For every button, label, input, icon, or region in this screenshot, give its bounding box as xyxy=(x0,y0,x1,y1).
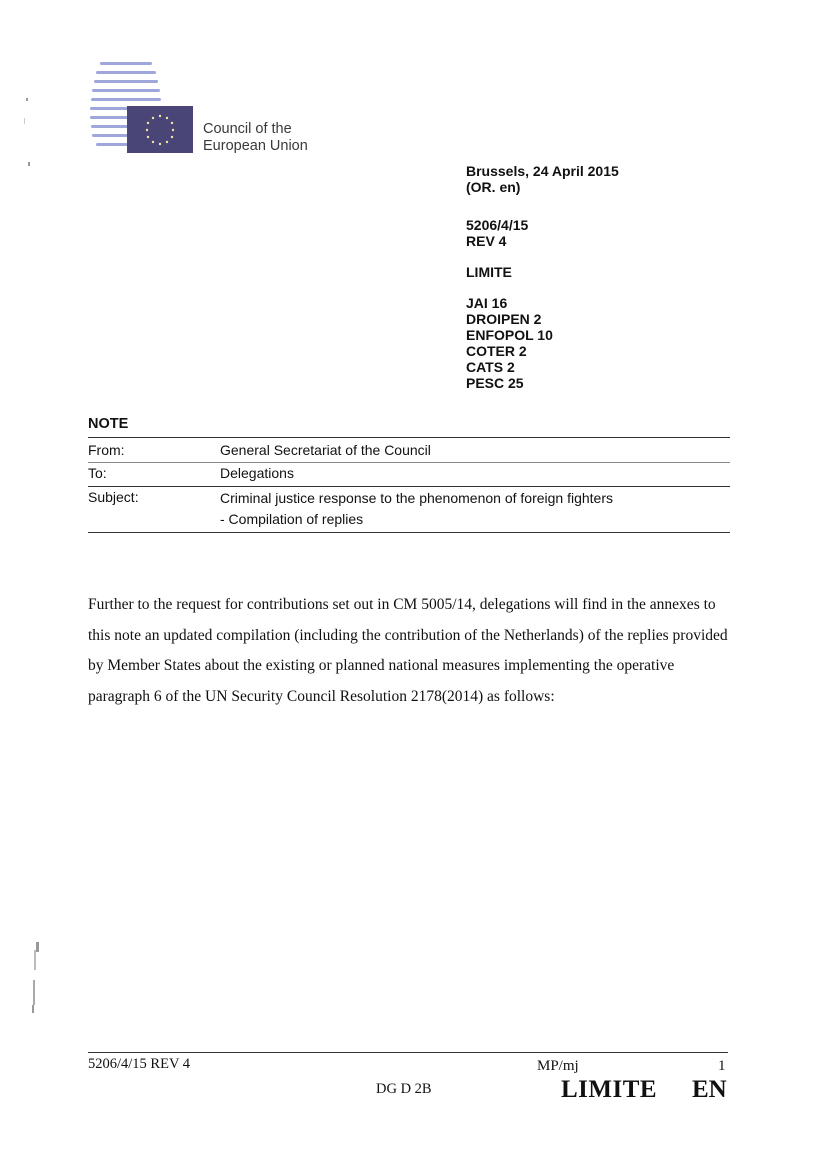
scan-artifacts xyxy=(0,0,828,1169)
